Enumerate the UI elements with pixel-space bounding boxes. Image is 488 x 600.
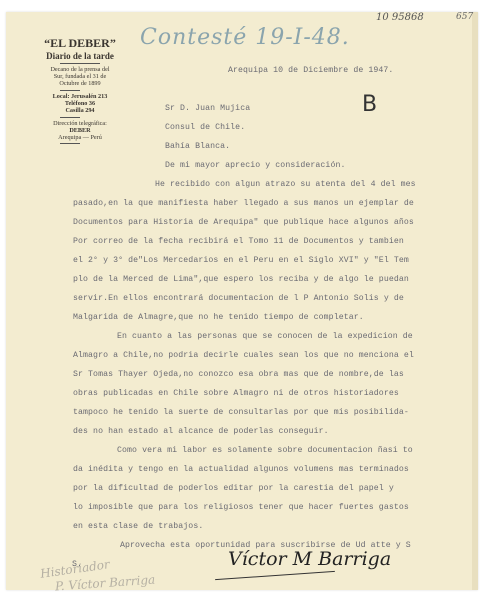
body-line: En cuanto a las personas que se conocen …: [117, 332, 413, 341]
letterhead-divider: [60, 143, 80, 144]
body-line: servir.En ellos encontrará documentacion…: [73, 294, 404, 303]
letterhead-telegraph: Dirección telegráfica: DEBER Arequipa — …: [30, 120, 130, 141]
letterhead-description: Decano de la prensa del Sur, fundada el …: [30, 66, 130, 87]
body-line: por la dificultad de poderlos editar por…: [73, 484, 394, 493]
telegraph-line: DEBER: [30, 127, 130, 134]
body-line: obras publicadas en Chile sobre Almagro …: [73, 389, 399, 398]
body-line: tampoco he tenido la suerte de consultar…: [73, 408, 409, 417]
recipient-line: Consul de Chile.: [165, 123, 245, 132]
body-line: plo de la Merced de Lima",que espero los…: [73, 275, 409, 284]
letterhead-divider: [60, 63, 100, 64]
letterhead-divider: [60, 90, 80, 91]
body-line: des no han estado al alcance de poderlas…: [73, 427, 329, 436]
date-line: Arequipa 10 de Diciembre de 1947.: [228, 66, 393, 75]
body-line: da inédita y tengo en la actualidad algu…: [73, 465, 409, 474]
body-line: pasado,en la que manifiesta haber llegad…: [73, 199, 414, 208]
signature: Víctor M Barriga: [228, 548, 391, 570]
body-line: Sr Tomas Thayer Ojeda,no conozco esa obr…: [73, 370, 404, 379]
letterhead-divider: [60, 117, 80, 118]
letterhead-contact: Local: Jerusalén 213 Teléfono 36 Casilla…: [30, 93, 130, 114]
contact-line: Teléfono 36: [30, 100, 130, 107]
body-line: Almagro a Chile,no podria decirle cuales…: [73, 351, 414, 360]
desc-line: Decano de la prensa del: [30, 66, 130, 73]
body-line: Como vera mi labor es solamente sobre do…: [117, 446, 413, 455]
salutation: De mi mayor aprecio y consideración.: [165, 161, 345, 170]
mark-annotation: B: [362, 92, 377, 117]
reply-annotation: Contesté 19-I-48.: [140, 25, 350, 50]
recipient-line: Sr D. Juan Mujica: [165, 104, 250, 113]
catalog-number: 10 95868: [376, 12, 424, 23]
letterhead-title: “EL DEBER”: [30, 36, 130, 51]
letterhead-subtitle: Diario de la tarde: [30, 51, 130, 61]
body-line: Malgarida de Almagre,que no he tenido ti…: [73, 313, 364, 322]
folio-number: 657: [456, 12, 473, 22]
body-line: He recibido con algun atrazo su atenta d…: [155, 180, 416, 189]
desc-line: Octubre de 1899: [30, 80, 130, 87]
recipient-line: Bahía Blanca.: [165, 142, 230, 151]
body-line: el 2° y 3° de"Los Mercedarios en el Peru…: [73, 256, 409, 265]
contact-line: Local: Jerusalén 213: [30, 93, 130, 100]
body-line: Documentos para Historia de Arequipa" qu…: [73, 218, 414, 227]
body-line: en esta clase de trabajos.: [73, 522, 203, 531]
telegraph-line: Arequipa — Perú: [30, 134, 130, 141]
desc-line: Sur, fundada el 31 de: [30, 73, 130, 80]
paper-edge: [472, 12, 478, 590]
body-line: lo imposible que para los religiosos ten…: [73, 503, 409, 512]
body-line: Por correo de la fecha recibirá el Tomo …: [73, 237, 404, 246]
telegraph-line: Dirección telegráfica:: [30, 120, 130, 127]
contact-line: Casilla 294: [30, 107, 130, 114]
